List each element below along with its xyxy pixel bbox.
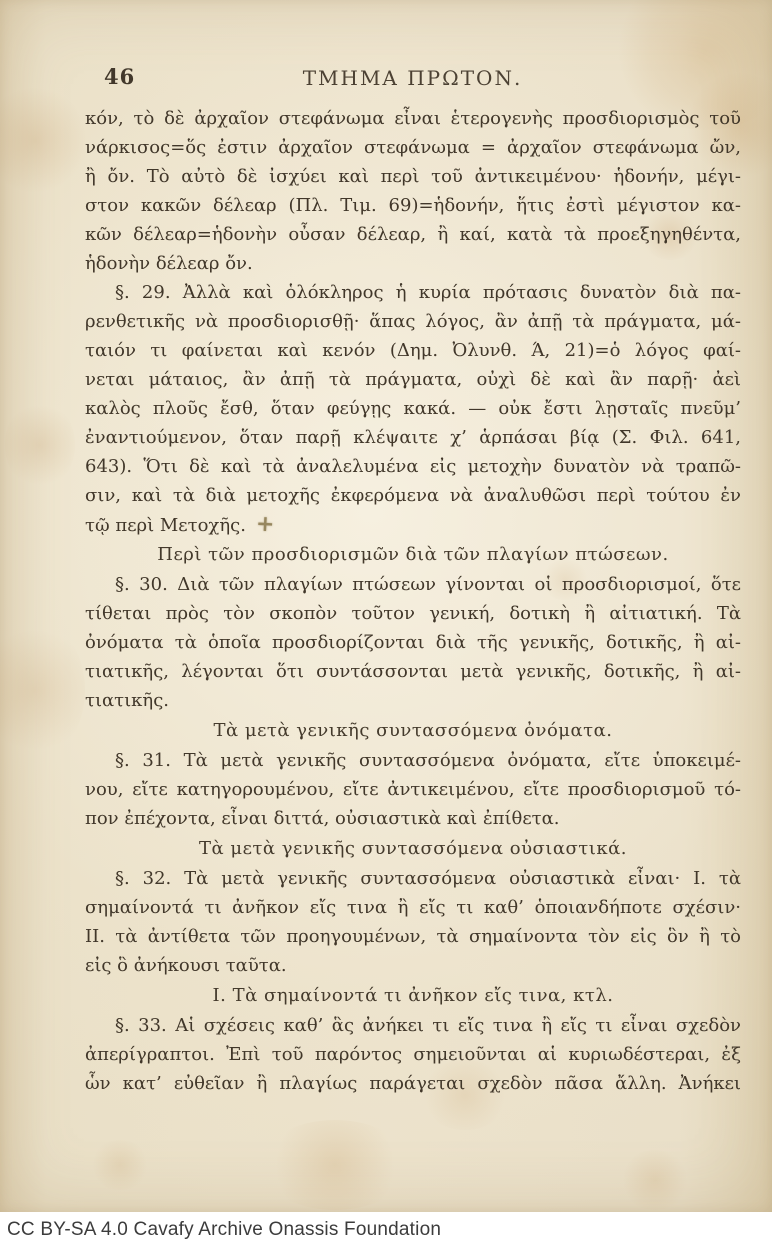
- paper-stain: [90, 1140, 150, 1190]
- text-line: ἢ ὄν. Τὸ αὐτὸ δὲ ἰσχύει καὶ περὶ τοῦ ἀντ…: [85, 162, 741, 191]
- scanned-book-page: 46 ΤΜΗΜΑ ΠΡΩΤΟΝ. κόν, τὸ δὲ ἀρχαῖον στεφ…: [0, 0, 772, 1248]
- text-line: τιατικῆς.: [85, 686, 741, 715]
- text-line: §. 30. Διὰ τῶν πλαγίων πτώσεων γίνονται …: [85, 570, 741, 599]
- text-line: ρενθετικῆς νὰ προσδιορισθῇ· ἅπας λόγος, …: [85, 307, 741, 336]
- license-text: CC BY-SA 4.0 Cavafy Archive Onassis Foun…: [0, 1219, 441, 1241]
- text-line: σημαίνοντά τι ἀνῆκον εἴς τινα ἢ εἴς τι κ…: [85, 893, 741, 922]
- section-heading: Τὰ μετὰ γενικῆς συντασσόμενα ὀνόματα.: [85, 716, 741, 745]
- paper-stain: [5, 400, 75, 490]
- text-line: ὧν κατ’ εὐθεῖαν ἢ πλαγίως παράγεται σχεδ…: [85, 1069, 741, 1098]
- text-line: τῷ περὶ Μετοχῆς.+: [85, 510, 741, 539]
- text-line: ἐναντιούμενον, ὅταν παρῇ κλέψαιτε χ’ ἁρπ…: [85, 423, 741, 452]
- text-line: καλὸς πλοῦς ἔσθ, ὅταν φεύγῃς κακά. — οὐκ…: [85, 394, 741, 423]
- running-title: ΤΜΗΜΑ ΠΡΩΤΟΝ.: [85, 66, 740, 90]
- text-line: ἡδονὴν δέλεαρ ὄν.: [85, 249, 741, 278]
- paper-background: 46 ΤΜΗΜΑ ΠΡΩΤΟΝ. κόν, τὸ δὲ ἀρχαῖον στεφ…: [0, 0, 772, 1212]
- page-text-block: κόν, τὸ δὲ ἀρχαῖον στεφάνωμα εἶναι ἑτερο…: [85, 104, 741, 1098]
- section-heading: Περὶ τῶν προσδιορισμῶν διὰ τῶν πλαγίων π…: [85, 540, 741, 569]
- margin-cross-mark: +: [255, 510, 275, 540]
- text-line: κῶν δέλεαρ=ἡδονὴν οὖσαν δέλεαρ, ἢ καί, κ…: [85, 220, 741, 249]
- text-line: νεται μάταιος, ἂν ἀπῇ τὰ πράγματα, οὐχὶ …: [85, 365, 741, 394]
- text-line: §. 29. Ἀλλὰ καὶ ὁλόκληρος ἡ κυρία πρότασ…: [85, 278, 741, 307]
- paragraph: §. 32. Τὰ μετὰ γενικῆς συντασσόμενα οὐσι…: [85, 864, 741, 980]
- paper-stain: [260, 1120, 410, 1210]
- section-heading: Τὰ μετὰ γενικῆς συντασσόμενα οὐσιαστικά.: [85, 834, 741, 863]
- text-line: §. 31. Τὰ μετὰ γενικῆς συντασσόμενα ὀνόμ…: [85, 746, 741, 775]
- text-line: στον κακῶν δέλεαρ (Πλ. Τιμ. 69)=ἡδονήν, …: [85, 191, 741, 220]
- text-line: ἀπερίγραπτοι. Ἐπὶ τοῦ παρόντος σημειοῦντ…: [85, 1040, 741, 1069]
- text-line: §. 32. Τὰ μετὰ γενικῆς συντασσόμενα οὐσι…: [85, 864, 741, 893]
- license-bar: CC BY-SA 4.0 Cavafy Archive Onassis Foun…: [0, 1212, 772, 1248]
- paper-stain: [0, 80, 90, 200]
- text-line: II. τὰ ἀντίθετα τῶν προηγουμένων, τὰ σημ…: [85, 922, 741, 951]
- text-line: τιατικῆς, λέγονται ὅτι συντάσσονται μετὰ…: [85, 657, 741, 686]
- paragraph: §. 33. Αἱ σχέσεις καθ’ ἃς ἀνήκει τι εἴς …: [85, 1011, 741, 1098]
- text-line: νου, εἴτε κατηγορουμένου, εἴτε ἀντικειμέ…: [85, 775, 741, 804]
- text-line: σιν, καὶ τὰ διὰ μετοχῆς ἐκφερόμενα νὰ ἀν…: [85, 481, 741, 510]
- paragraph: §. 29. Ἀλλὰ καὶ ὁλόκληρος ἡ κυρία πρότασ…: [85, 278, 741, 539]
- section-heading: I. Τὰ σημαίνοντά τι ἀνῆκον εἴς τινα, κτλ…: [85, 981, 741, 1010]
- text-line: πον ἐπέχοντα, εἶναι διττά, οὐσιαστικὰ κα…: [85, 804, 741, 833]
- text-line: ὀνόματα τὰ ὁποῖα προσδιορίζονται διὰ τῆς…: [85, 628, 741, 657]
- text-line: κόν, τὸ δὲ ἀρχαῖον στεφάνωμα εἶναι ἑτερο…: [85, 104, 741, 133]
- paragraph: §. 31. Τὰ μετὰ γενικῆς συντασσόμενα ὀνόμ…: [85, 746, 741, 833]
- text-line: 643). Ὅτι δὲ καὶ τὰ ἀναλελυμένα εἰς μετο…: [85, 452, 741, 481]
- paragraph: κόν, τὸ δὲ ἀρχαῖον στεφάνωμα εἶναι ἑτερο…: [85, 104, 741, 278]
- paper-stain: [0, 620, 85, 760]
- text-line: εἰς ὃ ἀνήκουσι ταῦτα.: [85, 951, 741, 980]
- paragraph: §. 30. Διὰ τῶν πλαγίων πτώσεων γίνονται …: [85, 570, 741, 715]
- paper-stain: [620, 1150, 690, 1210]
- text-line: §. 33. Αἱ σχέσεις καθ’ ἃς ἀνήκει τι εἴς …: [85, 1011, 741, 1040]
- text-line: νάρκισος=ὅς ἐστιν ἀρχαῖον στεφάνωμα = ἀρ…: [85, 133, 741, 162]
- text-line: τίθεται πρὸς τὸν σκοπὸν τοῦτον γενική, δ…: [85, 599, 741, 628]
- text-line: ταιόν τι φαίνεται καὶ κενόν (Δημ. Ὀλυνθ.…: [85, 336, 741, 365]
